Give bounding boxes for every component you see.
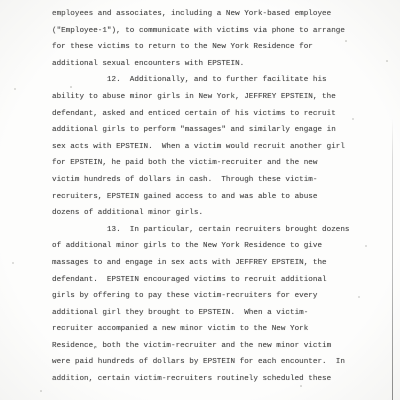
scan-speck	[365, 245, 367, 247]
document-line: employees and associates, including a Ne…	[52, 6, 362, 23]
scan-speck	[40, 390, 42, 392]
scan-speck	[300, 385, 302, 387]
document-line: victim hundreds of dollars in cash. Thro…	[52, 172, 362, 189]
document-line: sex acts with EPSTEIN. When a victim wou…	[52, 139, 362, 156]
document-line: for these victims to return to the New Y…	[52, 39, 362, 56]
scan-speck	[386, 60, 388, 62]
document-line: recruiters, EPSTEIN gained access to and…	[52, 189, 362, 206]
scan-speck	[345, 40, 347, 42]
document-line: for EPSTEIN, he paid both the victim-rec…	[52, 155, 362, 172]
document-line: additional girl they brought to EPSTEIN.…	[52, 305, 362, 322]
scan-speck	[70, 86, 72, 88]
scan-speck	[352, 118, 354, 120]
scan-speck	[95, 346, 97, 348]
scan-speck	[330, 30, 332, 32]
document-line: were paid hundreds of dollars by EPSTEIN…	[52, 354, 362, 371]
document-line: girls by offering to pay these victim-re…	[52, 288, 362, 305]
scan-speck	[14, 88, 16, 90]
document-line: defendant, asked and enticed certain of …	[52, 106, 362, 123]
document-line-paragraph-13-start: 13. In particular, certain recruiters br…	[52, 222, 362, 239]
scan-speck	[358, 296, 360, 298]
document-line: dozens of additional minor girls.	[52, 205, 362, 222]
document-line: of additional minor girls to the New Yor…	[52, 238, 362, 255]
document-line-paragraph-12-start: 12. Additionally, and to further facilit…	[52, 72, 362, 89]
scan-page-edge-line	[392, 118, 394, 400]
document-line: ability to abuse minor girls in New York…	[52, 89, 362, 106]
document-line: ("Employee-1"), to communicate with vict…	[52, 23, 362, 40]
document-line: additional girls to perform "massages" a…	[52, 122, 362, 139]
document-line: Residence, both the victim-recruiter and…	[52, 338, 362, 355]
document-line: addition, certain victim-recruiters rout…	[52, 371, 362, 388]
scanned-document-page: employees and associates, including a Ne…	[0, 0, 400, 400]
document-line: additional sexual encounters with EPSTEI…	[52, 56, 362, 73]
document-line: massages to and engage in sex acts with …	[52, 255, 362, 272]
document-text-block: employees and associates, including a Ne…	[52, 6, 362, 388]
document-line: defendant. EPSTEIN encouraged victims to…	[52, 272, 362, 289]
scan-speck	[12, 262, 14, 264]
document-line: recruiter accompanied a new minor victim…	[52, 321, 362, 338]
